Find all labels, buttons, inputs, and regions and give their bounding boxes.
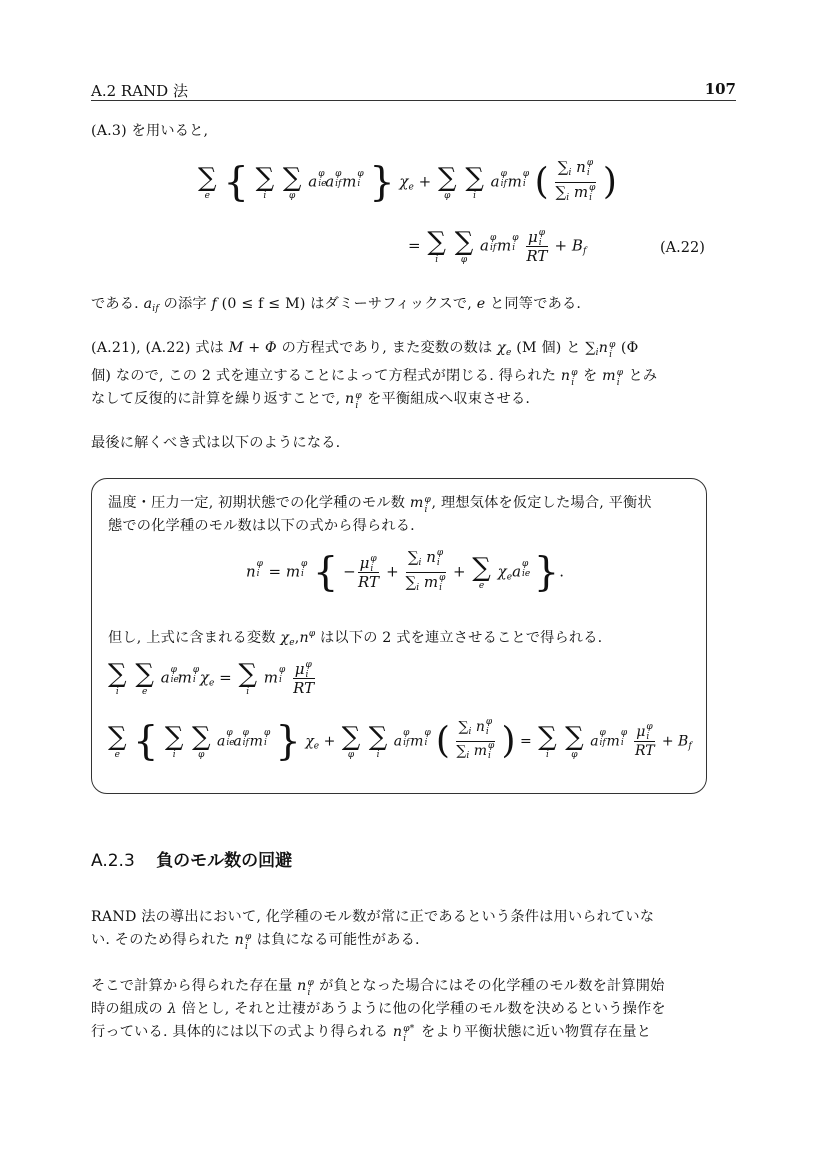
running-header: A.2 RAND 法 107 [91,80,736,101]
section-title-text: 負のモル数の回避 [156,851,292,871]
paragraph-negative-moles: RAND 法の導出において, 化学種のモル数が常に正であるという条件は用いられて… [91,906,711,952]
page-number: 107 [705,80,736,98]
summary-box-description: 温度・圧力一定, 初期状態での化学種のモル数 mφi, 理想気体を仮定した場合,… [108,492,698,538]
equation-system-2: ∑e { ∑i ∑φ aφieaφifmφi } χe + ∑φ ∑i aφif… [106,718,692,765]
paragraph-final-equations-intro: 最後に解くべき式は以下のようになる. [91,432,711,455]
section-heading: A.2.3 負のモル数の回避 [91,846,292,871]
equation-n-phi-i: nφi = mφi { −μφiRT + ∑i nφi∑i mφi + ∑e χ… [246,548,564,597]
paragraph-dummy-suffix: である. aif の添字 f (0 ≤ f ≤ M) はダミーサフィックスで, … [91,293,711,321]
summary-box-variables-note: 但し, 上式に含まれる変数 χe,nφ は以下の 2 式を連立させることで得られ… [108,623,698,655]
paragraph-equations-closure: (A.21), (A.22) 式は M + Φ の方程式であり, また変数の数は… [91,337,711,411]
intro-text: (A.3) を用いると, [91,120,711,143]
header-section-title: A.2 RAND 法 [91,80,188,101]
paragraph-correction-procedure: そこで計算から得られた存在量 nφi が負となった場合にはその化学種のモル数を計… [91,975,711,1044]
equation-a22-line2: = ∑i ∑φ aφifmφi μφiRT + Bf [408,228,586,265]
section-number: A.2.3 [91,851,135,871]
sum-e: ∑e [198,165,217,201]
equation-number-a22: (A.22) [660,240,705,256]
equation-system-1: ∑i ∑e aφiemφiχe = ∑i mφi μφiRT [106,660,317,697]
equation-a22-line1: ∑e { ∑i ∑φ aφieaφifmφi } χe + ∑φ ∑i aφif… [196,158,617,207]
